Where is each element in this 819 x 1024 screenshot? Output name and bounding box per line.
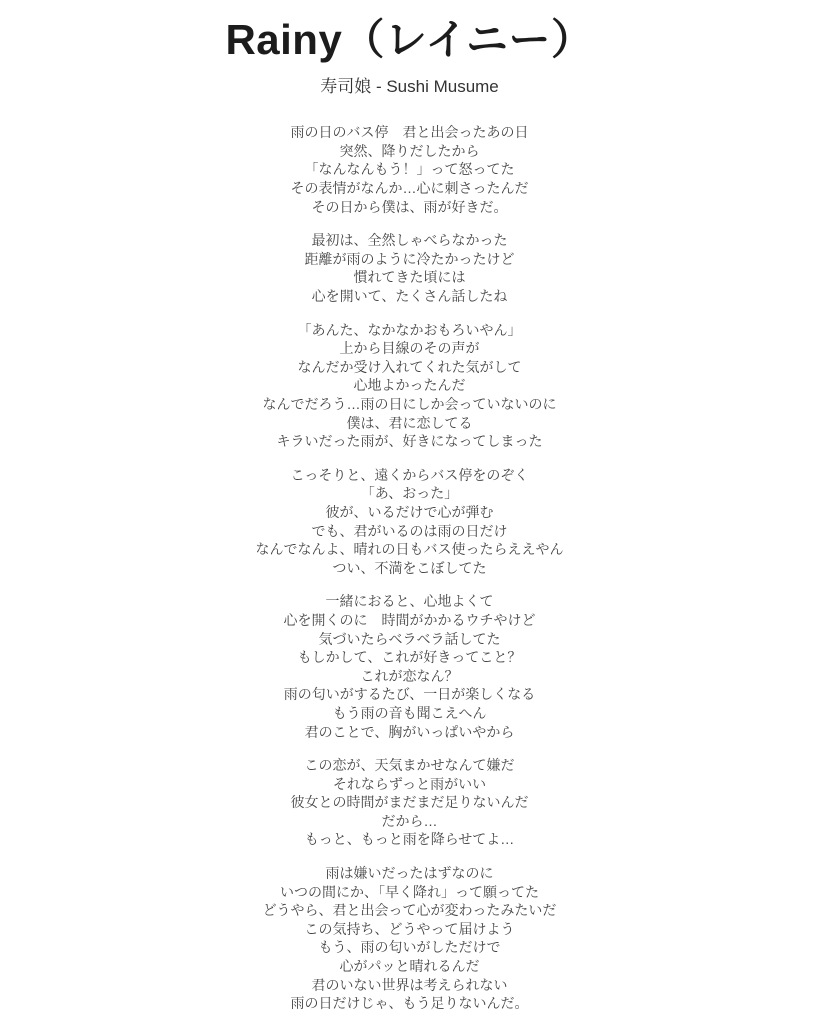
lyric-line: 上から目線のその声が — [0, 339, 819, 358]
lyric-line: 距離が雨のように冷たかったけど — [0, 250, 819, 269]
lyric-line: なんでだろう…雨の日にしか会っていないのに — [0, 395, 819, 414]
lyric-line: 「あ、おった」 — [0, 484, 819, 503]
stanza: この恋が、天気まかせなんて嫌だそれならずっと雨がいい彼女との時間がまだまだ足りな… — [0, 756, 819, 849]
lyric-line: こっそりと、遠くからバス停をのぞく — [0, 466, 819, 485]
lyric-line: 「なんなんもう！」って怒ってた — [0, 160, 819, 179]
lyric-line: つい、不満をこぼしてた — [0, 559, 819, 578]
lyric-line: それならずっと雨がいい — [0, 775, 819, 794]
lyric-line: その日から僕は、雨が好きだ。 — [0, 198, 819, 217]
lyric-line: 一緒におると、心地よくて — [0, 592, 819, 611]
lyric-line: 心を開いて、たくさん話したね — [0, 287, 819, 306]
lyric-line: 雨の日だけじゃ、もう足りないんだ。 — [0, 994, 819, 1013]
lyric-line: 僕は、君に恋してる — [0, 414, 819, 433]
lyric-line: もっと、もっと雨を降らせてよ… — [0, 830, 819, 849]
stanza: 「あんた、なかなかおもろいやん」上から目線のその声がなんだか受け入れてくれた気が… — [0, 321, 819, 451]
lyric-line: 君のことで、胸がいっぱいやから — [0, 723, 819, 742]
lyrics-page: Rainy（レイニー） 寿司娘 - Sushi Musume 雨の日のバス停 君… — [0, 0, 819, 1013]
lyric-line: もう、雨の匂いがしただけで — [0, 938, 819, 957]
stanza: 雨は嫌いだったはずなのにいつの間にか、「早く降れ」って願ってたどうやら、君と出会… — [0, 864, 819, 1013]
artist-name: 寿司娘 - Sushi Musume — [0, 72, 819, 97]
lyric-line: 「あんた、なかなかおもろいやん」 — [0, 321, 819, 340]
stanza: 雨の日のバス停 君と出会ったあの日突然、降りだしたから「なんなんもう！」って怒っ… — [0, 123, 819, 216]
lyric-line: 彼女との時間がまだまだ足りないんだ — [0, 793, 819, 812]
lyric-line: これが恋なん？ — [0, 667, 819, 686]
lyric-line: 君のいない世界は考えられない — [0, 976, 819, 995]
lyric-line: 心がパッと晴れるんだ — [0, 957, 819, 976]
stanza: 最初は、全然しゃべらなかった距離が雨のように冷たかったけど慣れてきた頃には心を開… — [0, 231, 819, 305]
lyric-line: この恋が、天気まかせなんて嫌だ — [0, 756, 819, 775]
lyric-line: 気づいたらベラベラ話してた — [0, 630, 819, 649]
lyric-line: その表情がなんか…心に刺さったんだ — [0, 179, 819, 198]
lyric-line: だから… — [0, 812, 819, 831]
lyric-line: 雨の匂いがするたび、一日が楽しくなる — [0, 685, 819, 704]
stanza: こっそりと、遠くからバス停をのぞく「あ、おった」彼が、いるだけで心が弾むでも、君… — [0, 466, 819, 578]
lyrics: 雨の日のバス停 君と出会ったあの日突然、降りだしたから「なんなんもう！」って怒っ… — [0, 123, 819, 1013]
lyric-line: 彼が、いるだけで心が弾む — [0, 503, 819, 522]
lyric-line: 慣れてきた頃には — [0, 268, 819, 287]
lyric-line: なんだか受け入れてくれた気がして — [0, 358, 819, 377]
page-title: Rainy（レイニー） — [0, 16, 819, 64]
lyric-line: でも、君がいるのは雨の日だけ — [0, 522, 819, 541]
lyric-line: 心地よかったんだ — [0, 376, 819, 395]
lyric-line: 最初は、全然しゃべらなかった — [0, 231, 819, 250]
lyric-line: 突然、降りだしたから — [0, 142, 819, 161]
lyric-line: もしかして、これが好きってこと？ — [0, 648, 819, 667]
lyric-line: どうやら、君と出会って心が変わったみたいだ — [0, 901, 819, 920]
lyric-line: なんでなんよ、晴れの日もバス使ったらええやん — [0, 540, 819, 559]
lyric-line: もう雨の音も聞こえへん — [0, 704, 819, 723]
lyric-line: キラいだった雨が、好きになってしまった — [0, 432, 819, 451]
stanza: 一緒におると、心地よくて心を開くのに 時間がかかるウチやけど気づいたらベラベラ話… — [0, 592, 819, 741]
lyric-line: 心を開くのに 時間がかかるウチやけど — [0, 611, 819, 630]
lyric-line: いつの間にか、「早く降れ」って願ってた — [0, 883, 819, 902]
lyric-line: 雨の日のバス停 君と出会ったあの日 — [0, 123, 819, 142]
lyric-line: この気持ち、どうやって届けよう — [0, 920, 819, 939]
lyric-line: 雨は嫌いだったはずなのに — [0, 864, 819, 883]
